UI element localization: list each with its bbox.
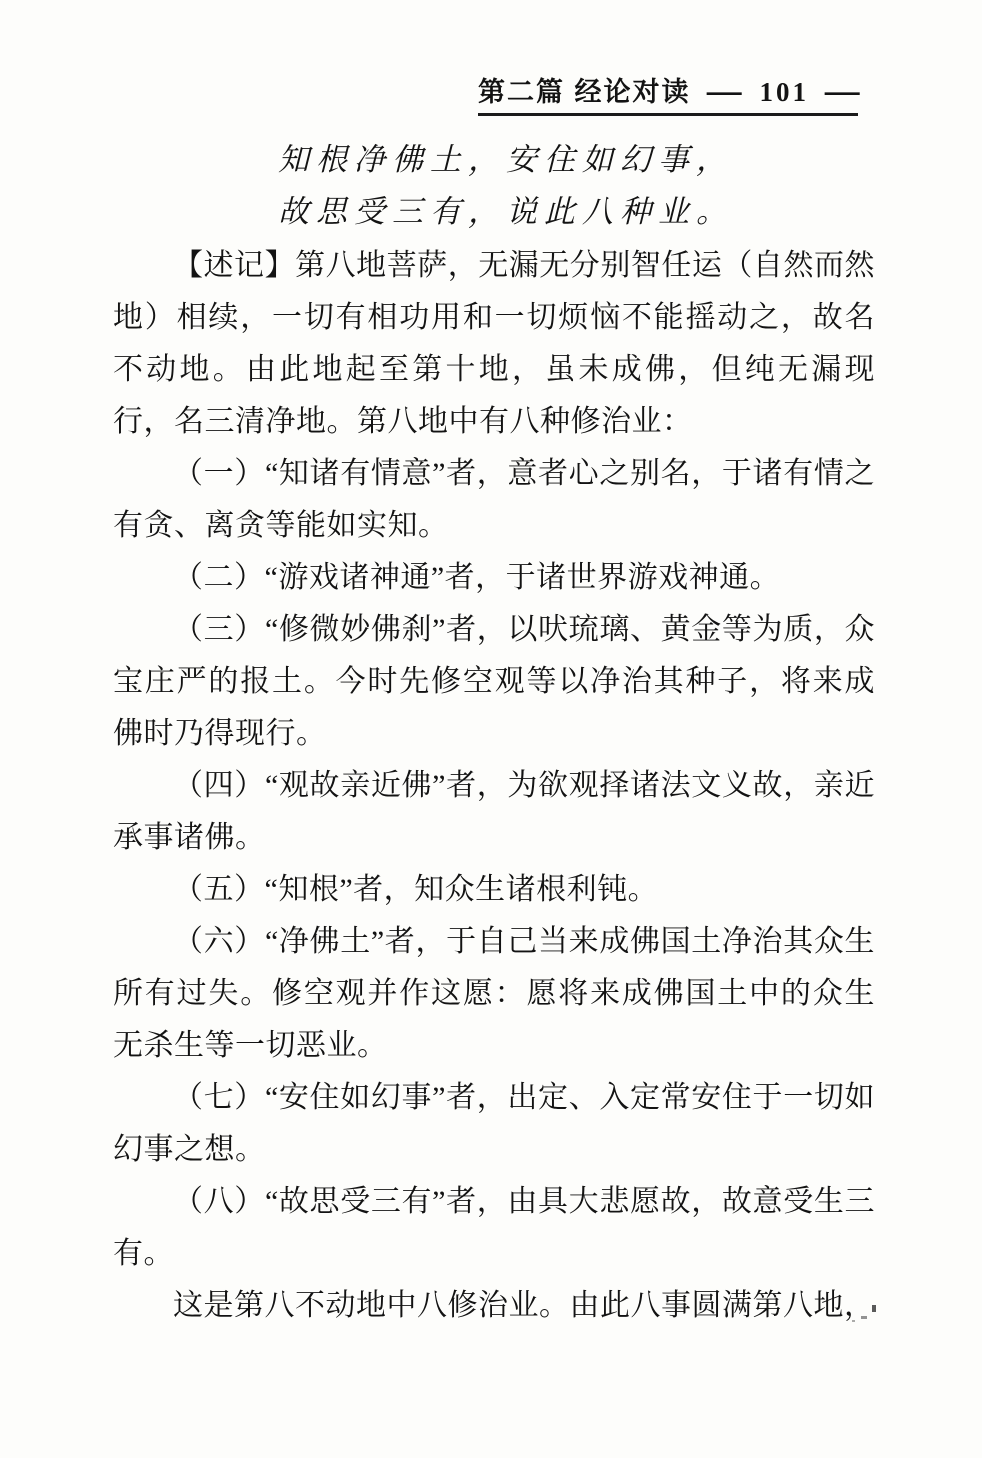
paragraph-item-1: （一）“知诸有情意”者，意者心之别名，于诸有情之有贪、离贪等能如实知。	[113, 448, 875, 552]
book-page: 第二篇 经论对读 — 101 — 知根净佛土，安住如幻事， 故思受三有，说此八种…	[0, 0, 982, 1458]
paragraph-item-8: （八）“故思受三有”者，由具大悲愿故，故意受生三有。	[113, 1176, 875, 1280]
header-dash-left: —	[706, 77, 744, 108]
page-header: 第二篇 经论对读 — 101 —	[478, 70, 858, 116]
scan-artifact	[852, 1320, 855, 1322]
header-dash-right: —	[825, 77, 863, 108]
verse-block: 知根净佛土，安住如幻事， 故思受三有，说此八种业。	[278, 134, 734, 238]
scan-artifact	[872, 1305, 876, 1312]
verse-line-2: 故思受三有，说此八种业。	[278, 186, 734, 238]
paragraph-item-4: （四）“观故亲近佛”者，为欲观择诸法文义故，亲近承事诸佛。	[113, 760, 875, 864]
page-number: 101	[760, 77, 810, 108]
paragraph-item-6: （六）“净佛土”者，于自己当来成佛国土净治其众生所有过失。修空观并作这愿：愿将来…	[113, 916, 875, 1072]
section-title: 第二篇 经论对读	[478, 70, 691, 109]
verse-line-1: 知根净佛土，安住如幻事，	[278, 134, 734, 186]
scan-artifact	[861, 1316, 867, 1319]
paragraph-closing: 这是第八不动地中八修治业。由此八事圆满第八地，	[113, 1280, 875, 1332]
paragraph-item-3: （三）“修微妙佛刹”者，以吠琉璃、黄金等为质，众宝庄严的报土。今时先修空观等以净…	[113, 604, 875, 760]
paragraph-item-2: （二）“游戏诸神通”者，于诸世界游戏神通。	[113, 552, 875, 604]
paragraph-shuji: 【述记】第八地菩萨，无漏无分别智任运（自然而然地）相续，一切有相功用和一切烦恼不…	[113, 240, 875, 448]
paragraph-item-7: （七）“安住如幻事”者，出定、入定常安住于一切如幻事之想。	[113, 1072, 875, 1176]
body-text: 【述记】第八地菩萨，无漏无分别智任运（自然而然地）相续，一切有相功用和一切烦恼不…	[113, 240, 875, 1332]
paragraph-item-5: （五）“知根”者，知众生诸根利钝。	[113, 864, 875, 916]
header-rule: 第二篇 经论对读 — 101 —	[478, 70, 858, 116]
